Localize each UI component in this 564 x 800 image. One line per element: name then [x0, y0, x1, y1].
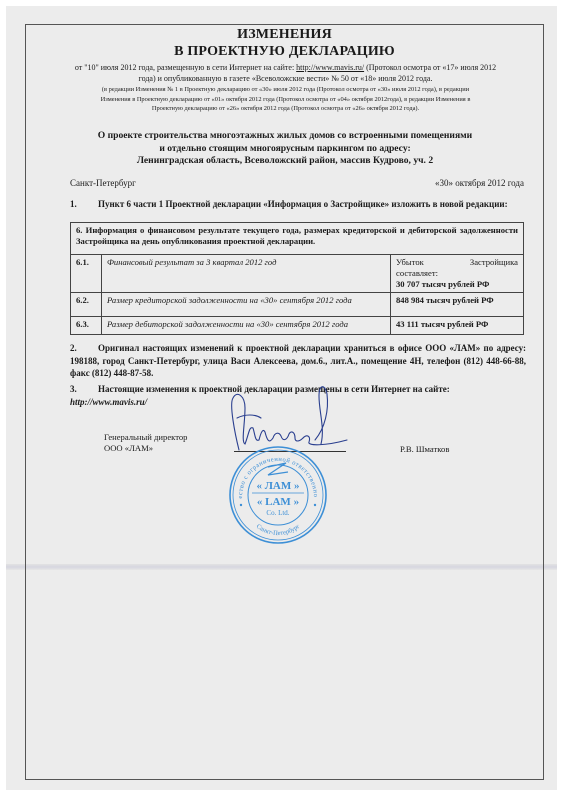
table-header: 6. Информация о финансовом результате те… — [71, 223, 524, 255]
edition-line: Изменения в Проектную декларацию от «01»… — [48, 95, 523, 105]
handwritten-signature — [215, 384, 355, 456]
doc-title-line2: В ПРОЕКТНУЮ ДЕКЛАРАЦИЮ — [25, 44, 544, 60]
table-row: 6.2. Размер кредиторской задолженности н… — [71, 293, 524, 317]
row-number: 6.1. — [71, 255, 102, 293]
site-link[interactable]: http://www.mavis.ru/ — [296, 63, 364, 72]
site-link[interactable]: http://www.mavis.ru/ — [70, 397, 147, 407]
row-value: 30 707 тысяч рублей РФ — [396, 279, 489, 289]
row-value-cell: Убыток Застройщика составляет: 30 707 ты… — [391, 255, 524, 293]
project-line: О проекте строительства многоэтажных жил… — [60, 130, 510, 143]
subtitle-text: года) и опубликованную в газете «Всеволо… — [139, 74, 433, 83]
item-2: 2.Оригинал настоящих изменений к проектн… — [70, 342, 526, 380]
row-value: 848 984 тысяч рублей РФ — [391, 293, 524, 317]
row-value: 43 111 тысяч рублей РФ — [391, 317, 524, 335]
signatory-name: Р.В. Шматков — [400, 443, 449, 455]
svg-text:« ЛАМ »: « ЛАМ » — [256, 480, 299, 492]
item-text: Оригинал настоящих изменений к проектной… — [70, 343, 526, 378]
editions-note: (в редакции Изменения № 1 в Проектную де… — [48, 85, 523, 114]
row-description: Размер дебиторской задолженности на «30»… — [102, 317, 391, 335]
financial-table: 6. Информация о финансовом результате те… — [70, 222, 524, 335]
signatory-block: Генеральный директор ООО «ЛАМ» — [104, 432, 187, 454]
row-number: 6.3. — [71, 317, 102, 335]
row-number: 6.2. — [71, 293, 102, 317]
signatory-company: ООО «ЛАМ» — [104, 443, 187, 454]
svg-text:Co. Ltd.: Co. Ltd. — [266, 509, 289, 517]
project-line: и отдельно стоящим многоярусным паркинго… — [60, 143, 510, 156]
project-address: Ленинградская область, Всеволожский райо… — [60, 155, 510, 168]
table-header-row: 6. Информация о финансовом результате те… — [71, 223, 524, 255]
project-heading: О проекте строительства многоэтажных жил… — [60, 130, 510, 168]
table-row: 6.1. Финансовый результат за 3 квартал 2… — [71, 255, 524, 293]
item-number: 1. — [70, 198, 98, 211]
row-value-label: Убыток Застройщика составляет: — [396, 257, 518, 279]
city: Санкт-Петербург — [70, 177, 136, 189]
edition-line: Проектную декларацию от «26» октября 201… — [48, 104, 523, 114]
item-1: 1.Пункт 6 части 1 Проектной декларации «… — [70, 198, 526, 211]
company-seal-stamp: Общество с ограниченной ответственностью… — [228, 445, 328, 545]
item-number: 3. — [70, 383, 98, 396]
doc-title-line1: ИЗМЕНЕНИЯ — [25, 27, 544, 43]
row-description: Финансовый результат за 3 квартал 2012 г… — [102, 255, 391, 293]
row-description: Размер кредиторской задолженности на «30… — [102, 293, 391, 317]
edition-line: (в редакции Изменения № 1 в Проектную де… — [48, 85, 523, 95]
signatory-position: Генеральный директор — [104, 432, 187, 443]
doc-date: «30» октября 2012 года — [435, 177, 524, 189]
subtitle-text: от "10" июля 2012 года, размещенную в се… — [75, 63, 296, 72]
table-row: 6.3. Размер дебиторской задолженности на… — [71, 317, 524, 335]
item-number: 2. — [70, 342, 98, 355]
svg-text:« LAM »: « LAM » — [257, 496, 299, 508]
subtitle-text: (Протокол осмотра от «17» июля 2012 — [364, 63, 496, 72]
item-text: Пункт 6 части 1 Проектной декларации «Ин… — [98, 199, 508, 209]
doc-subtitle: от "10" июля 2012 года, размещенную в се… — [48, 62, 523, 84]
